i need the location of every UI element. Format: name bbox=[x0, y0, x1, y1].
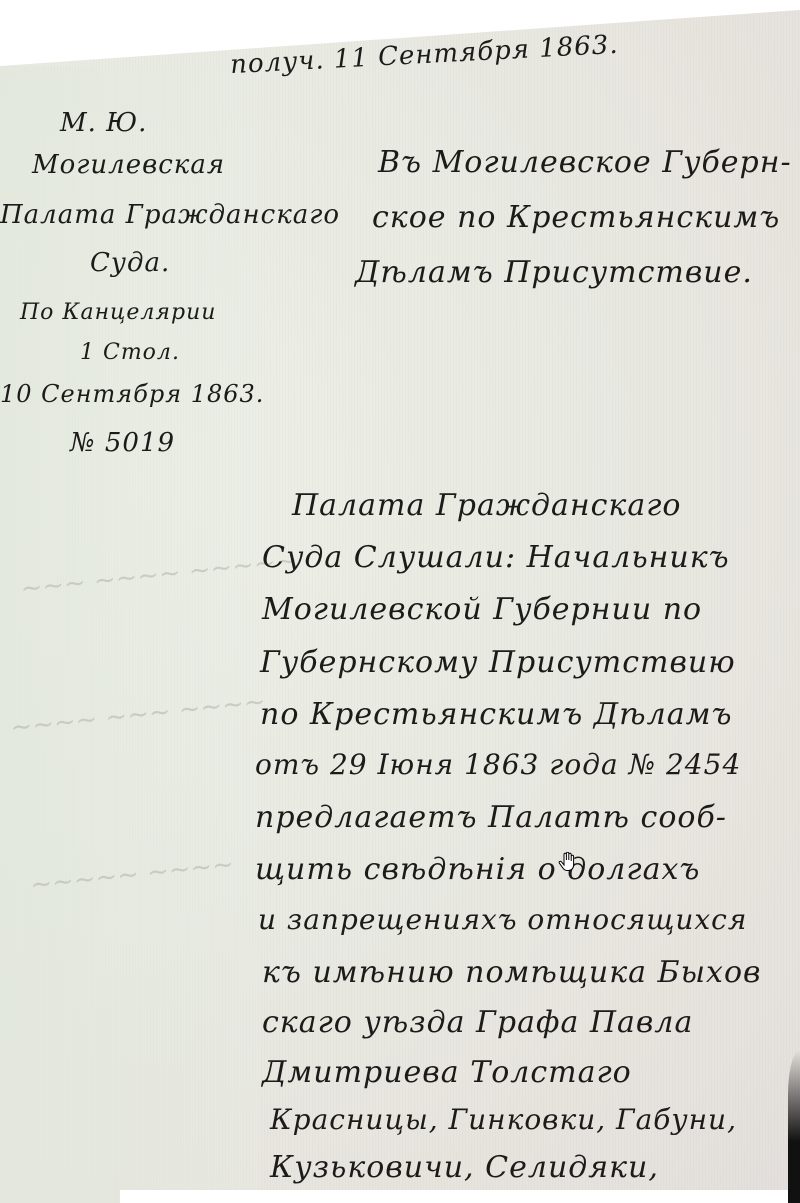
received-note: получ. 11 Сентября 1863. bbox=[229, 30, 619, 80]
body-line: по Крестьянскимъ Дѣламъ bbox=[260, 697, 732, 732]
left-header-line: 1 Стол. bbox=[80, 340, 180, 365]
date-line: 10 Сентября 1863. bbox=[0, 380, 264, 408]
left-header-line: Могилевская bbox=[32, 150, 225, 180]
photo-shadow-corner bbox=[788, 1050, 800, 1203]
body-line: Суда Слушали: Начальникъ bbox=[262, 540, 730, 575]
body-line: Дмитриева Толстаго bbox=[262, 1055, 632, 1090]
body-line: Палата Гражданскаго bbox=[292, 488, 681, 523]
body-line: Кузьковичи, Селидяки, bbox=[270, 1150, 659, 1185]
left-header-line: М. Ю. bbox=[60, 108, 147, 138]
body-line: Красницы, Гинковки, Габуни, bbox=[270, 1103, 737, 1136]
body-line: щить свѣдѣнія о долгахъ bbox=[255, 852, 700, 887]
body-line: предлагаетъ Палатѣ сооб- bbox=[255, 800, 727, 835]
body-line: Могилевской Губернии по bbox=[262, 592, 702, 627]
document-page: ~~~ ~~~~ ~~~~~ ~~~~ ~~~ ~~~~ ~~~~~ ~~~~ … bbox=[0, 0, 800, 1203]
body-line: скаго уѣзда Графа Павла bbox=[262, 1005, 693, 1040]
body-line: отъ 29 Iюня 1863 года № 2454 bbox=[255, 748, 741, 781]
addressee-line: Въ Могилевское Губерн- bbox=[378, 145, 792, 180]
left-header-line: Суда. bbox=[90, 248, 170, 278]
hand-cursor-icon bbox=[558, 852, 576, 872]
document-number: № 5019 bbox=[70, 428, 175, 458]
left-header-line: Палата Гражданскаго bbox=[0, 200, 340, 230]
left-header-line: По Канцелярии bbox=[20, 300, 216, 325]
body-line: и запрещенияхъ относящихся bbox=[258, 903, 747, 936]
addressee-line: ское по Крестьянскимъ bbox=[372, 200, 780, 235]
addressee-line: Дѣламъ Присутствие. bbox=[355, 255, 753, 290]
paper-tint bbox=[0, 66, 260, 1203]
body-line: къ имѣнию помѣщика Быхов bbox=[262, 955, 761, 990]
page-bottom-edge bbox=[120, 1190, 800, 1203]
body-line: Губернскому Присутствию bbox=[260, 645, 736, 680]
